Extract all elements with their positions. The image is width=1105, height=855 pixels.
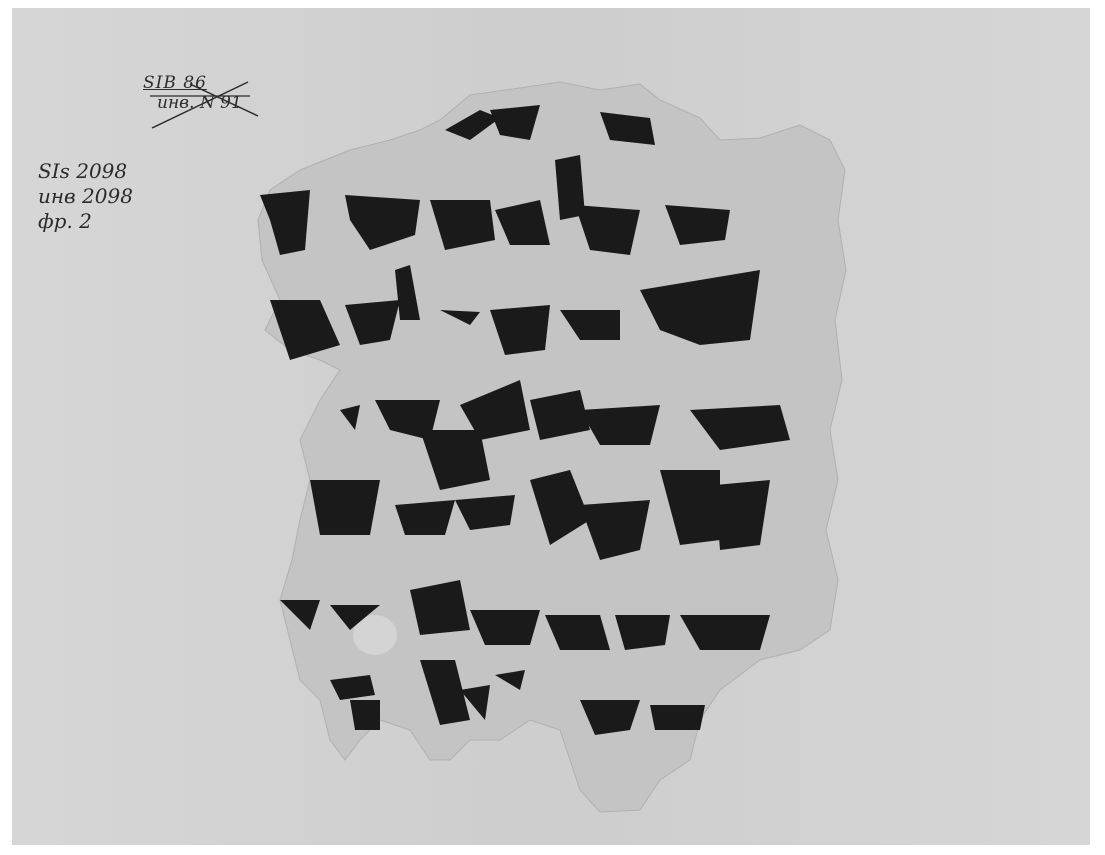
manuscript-fragment xyxy=(0,0,1105,855)
